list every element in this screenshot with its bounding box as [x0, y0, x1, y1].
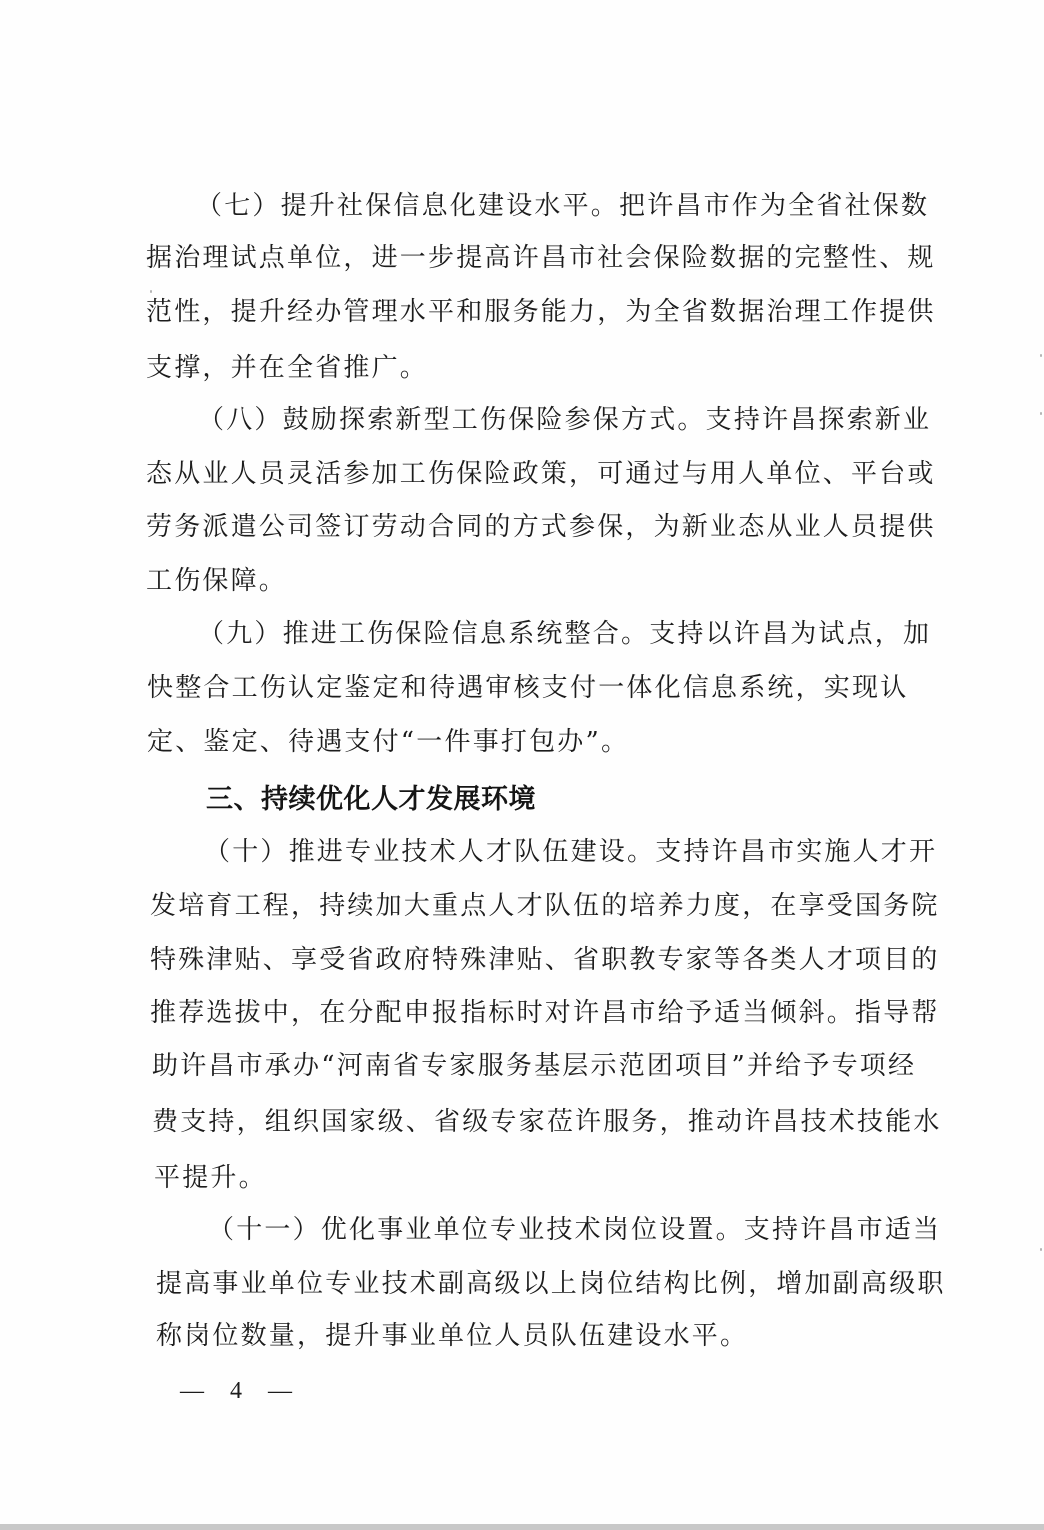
paragraph-item-8-line-3: 劳务派遣公司签订劳动合同的方式参保，为新业态从业人员提供: [146, 507, 936, 547]
scan-speck: [1040, 1248, 1042, 1251]
paragraph-item-8-line-2: 态从业人员灵活参加工伤保险政策，可通过与用人单位、平台或: [146, 454, 936, 494]
paragraph-item-10-line-7: 平提升。: [154, 1158, 267, 1198]
scan-speck: [1040, 412, 1042, 415]
paragraph-item-10-line-1: （十）推进专业技术人才队伍建设。支持许昌市实施人才开: [204, 832, 937, 872]
document-page: （七）提升社保信息化建设水平。把许昌市作为全省社保数 据治理试点单位，进一步提高…: [0, 0, 1044, 1524]
paragraph-item-10-line-6: 费支持，组织国家级、省级专家莅许服务，推动许昌技术技能水: [152, 1102, 942, 1142]
paragraph-item-11-line-3: 称岗位数量，提升事业单位人员队伍建设水平。: [156, 1316, 748, 1356]
scan-speck: [150, 290, 152, 293]
bottom-edge-strip: [0, 1524, 1044, 1530]
page-number: — 4 —: [180, 1376, 302, 1406]
paragraph-item-10-line-3: 特殊津贴、享受省政府特殊津贴、省职教专家等各类人才项目的: [150, 940, 940, 980]
scan-speck: [1040, 354, 1042, 357]
paragraph-item-7-line-1: （七）提升社保信息化建设水平。把许昌市作为全省社保数: [196, 186, 929, 226]
paragraph-item-10-line-5: 助许昌市承办“河南省专家服务基层示范团项目”并给予专项经: [152, 1046, 916, 1086]
paragraph-item-11-line-2: 提高事业单位专业技术副高级以上岗位结构比例，增加副高级职: [156, 1264, 946, 1304]
paragraph-item-7-line-3: 范性，提升经办管理水平和服务能力，为全省数据治理工作提供: [146, 292, 936, 332]
paragraph-item-10-line-2: 发培育工程，持续加大重点人才队伍的培养力度，在享受国务院: [150, 886, 940, 926]
paragraph-item-9-line-3: 定、鉴定、待遇支付“一件事打包办”。: [147, 722, 629, 762]
paragraph-item-11-line-1: （十一）优化事业单位专业技术岗位设置。支持许昌市适当: [208, 1210, 941, 1250]
paragraph-item-7-line-2: 据治理试点单位，进一步提高许昌市社会保险数据的完整性、规: [146, 238, 936, 278]
paragraph-item-9-line-1: （九）推进工伤保险信息系统整合。支持以许昌为试点，加: [198, 614, 931, 654]
paragraph-item-10-line-4: 推荐选拔中，在分配申报指标时对许昌市给予适当倾斜。指导帮: [150, 993, 940, 1033]
section-heading: 三、持续优化人才发展环境: [206, 780, 536, 820]
paragraph-item-9-line-2: 快整合工伤认定鉴定和待遇审核支付一体化信息系统，实现认: [147, 668, 908, 708]
paragraph-item-8-line-1: （八）鼓励探索新型工伤保险参保方式。支持许昌探索新业: [198, 400, 931, 440]
paragraph-item-7-line-4: 支撑，并在全省推广。: [146, 348, 428, 388]
paragraph-item-8-line-4: 工伤保障。: [146, 561, 287, 601]
